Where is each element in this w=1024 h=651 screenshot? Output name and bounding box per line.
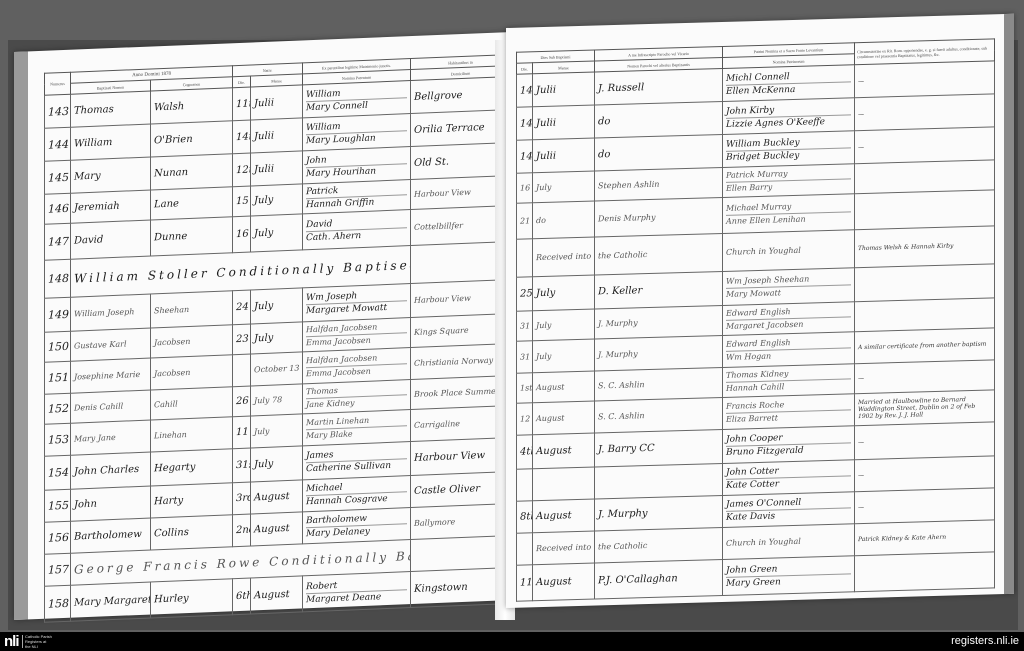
baptism-month: August	[533, 563, 595, 601]
parents: PatrickHannah Griffin	[303, 180, 411, 214]
document-viewer[interactable]: Numerus Anno Domini 1878 Nativ. Ex paren…	[0, 0, 1024, 632]
birth-month: August	[251, 480, 303, 514]
birth-day: 26	[233, 386, 251, 417]
parents: ThomasJane Kidney	[303, 380, 411, 414]
remarks: —	[855, 61, 995, 98]
parents: WilliamMary Loughlan	[303, 114, 411, 151]
birth-month: Julii	[251, 118, 303, 153]
baptism-month: July	[533, 339, 595, 373]
right-register-table: Dies Sub Baptismi A me Infrascripto Paro…	[516, 38, 995, 601]
birth-month: August	[251, 576, 303, 614]
entry-number: 148	[45, 259, 71, 298]
sponsor-2: Hannah Cahill	[726, 379, 851, 394]
remarks: —	[855, 456, 995, 492]
sponsors: James O'ConnellKate Davis	[723, 492, 855, 528]
birth-month: July	[251, 414, 303, 448]
parents: WilliamMary Connell	[303, 81, 411, 118]
birth-day	[233, 354, 251, 387]
entry-number: 157	[45, 553, 71, 586]
baptism-month: July	[533, 171, 595, 203]
sponsors: Edward EnglishMargaret Jacobsen	[723, 302, 855, 336]
birth-month: July	[251, 288, 303, 324]
birth-day: 15	[233, 186, 251, 217]
baptized-name: Josephine Marie	[71, 358, 151, 393]
baptized-name: Gustave Karl	[71, 328, 151, 361]
birth-month: Julii	[251, 151, 303, 186]
priest-name: J. Barry CC	[595, 429, 723, 467]
sponsors: John GreenMary Green	[723, 556, 855, 596]
baptism-day: 1st	[517, 373, 533, 403]
baptism-month: Julii	[533, 105, 595, 140]
sponsors: John CooperBruno Fitzgerald	[723, 426, 855, 464]
sponsors: Michael MurrayAnne Ellen Lenihan	[723, 194, 855, 234]
birth-day: 23	[233, 324, 251, 355]
surname: Hegarty	[151, 449, 233, 486]
parents: Halfdan JacobsenEmma Jacobsen	[303, 348, 411, 384]
parents: Halfdan JacobsenEmma Jacobsen	[303, 318, 411, 352]
baptism-day: 16	[517, 173, 533, 203]
left-page: Numerus Anno Domini 1878 Nativ. Ex paren…	[14, 32, 522, 620]
birth-month: August	[251, 512, 303, 546]
baptism-day: 14	[517, 74, 533, 107]
baptized-name: William	[71, 124, 151, 160]
sponsor-2: Bruno Fitzgerald	[726, 443, 851, 458]
logo-caption: Catholic Parish Registers at the NLI	[25, 634, 52, 649]
sponsor-2: Mary Green	[726, 574, 851, 589]
priest-name: J. Russell	[595, 68, 723, 105]
priest-name: J. Murphy	[595, 335, 723, 371]
remarks: Patrick Kidney & Kate Ahern	[855, 520, 995, 556]
entry-number: 149	[45, 297, 71, 332]
sponsors: Wm Joseph SheehanMary Mowatt	[723, 268, 855, 306]
header-numerus: Numerus	[45, 72, 71, 95]
baptism-day: 8th	[517, 501, 533, 533]
surname: Collins	[151, 515, 233, 550]
left-register-table: Numerus Anno Domini 1878 Nativ. Ex paren…	[44, 54, 511, 623]
surname: Jacobsen	[151, 325, 233, 358]
sponsors: Francis RocheEliza Barrett	[723, 394, 855, 430]
baptism-day: 4th	[517, 435, 533, 469]
birth-month: July 78	[251, 384, 303, 416]
entry-number: 154	[45, 455, 71, 490]
entry-number: 152	[45, 393, 71, 424]
entry-number: 155	[45, 489, 71, 522]
sponsor-2: Kate Davis	[726, 508, 851, 523]
logo-divider	[22, 635, 23, 648]
entry-number: 153	[45, 423, 71, 456]
sponsor-2: Anne Ellen Lenihan	[726, 212, 851, 227]
entry-number: 156	[45, 521, 71, 554]
birth-month: Julii	[251, 85, 303, 120]
birth-day: 11	[233, 416, 251, 449]
surname: Dunne	[151, 217, 233, 256]
remarks	[855, 264, 995, 302]
priest-name: Stephen Ashlin	[595, 167, 723, 201]
baptized-name: Jeremiah	[71, 190, 151, 223]
remarks	[855, 160, 995, 194]
baptism-day	[517, 239, 533, 277]
priest-name: P.J. O'Callaghan	[595, 559, 723, 599]
priest-name: S. C. Ashlin	[595, 397, 723, 433]
baptized-name: Denis Cahill	[71, 390, 151, 423]
sponsor-2: Margaret Jacobsen	[726, 317, 851, 332]
baptism-day: 31	[517, 341, 533, 373]
birth-day: 11th	[233, 87, 251, 121]
sponsor-2: Mary Mowatt	[726, 285, 851, 300]
baptized-name: Thomas	[71, 91, 151, 127]
baptism-month: August	[533, 433, 595, 469]
sponsors: Edward EnglishWm Hogan	[723, 332, 855, 368]
baptism-day	[517, 533, 533, 565]
reception-note-2: the Catholic	[595, 527, 723, 563]
baptism-day: 21	[517, 203, 533, 239]
priest-name: J. Murphy	[595, 495, 723, 531]
remarks: A similar certificate from another bapti…	[855, 328, 995, 364]
baptism-month: Julii	[533, 138, 595, 173]
parents: RobertMargaret Deane	[303, 572, 411, 612]
birth-day: 24	[233, 290, 251, 325]
sponsors: John KirbyLizzie Agnes O'Keeffe	[723, 98, 855, 135]
parents: Martin LinehanMary Blake	[303, 410, 411, 446]
baptized-name: Mary Jane	[71, 420, 151, 455]
birth-day: 6th	[233, 578, 251, 615]
parents: JamesCatherine Sullivan	[303, 442, 411, 480]
baptism-day: 12	[517, 403, 533, 435]
entry-number: 147	[45, 223, 71, 260]
logo-caption-line: the NLI	[25, 644, 52, 649]
surname: Sheehan	[151, 291, 233, 328]
baptism-month: August	[533, 401, 595, 435]
sponsors: Michl ConnellEllen McKenna	[723, 65, 855, 102]
priest-name: Denis Murphy	[595, 197, 723, 237]
baptism-day: 14	[517, 140, 533, 173]
baptized-name: David	[71, 220, 151, 259]
surname: Linehan	[151, 417, 233, 452]
priest-name	[595, 463, 723, 499]
site-link[interactable]: registers.nli.ie	[951, 635, 1019, 647]
baptized-name: Mary Margaret	[71, 582, 151, 621]
parents: BartholomewMary Delaney	[303, 508, 411, 544]
remarks	[855, 552, 995, 592]
baptism-day: 11	[517, 565, 533, 601]
parents: Wm JosephMargaret Mowatt	[303, 284, 411, 322]
reception-note-3: Church in Youghal	[723, 230, 855, 272]
baptism-day: 14	[517, 107, 533, 140]
remarks	[855, 190, 995, 230]
reception-note-2: the Catholic	[595, 233, 723, 275]
surname: Cahill	[151, 387, 233, 420]
baptism-day: 25	[517, 277, 533, 311]
baptism-month: August	[533, 499, 595, 533]
priest-name: do	[595, 134, 723, 171]
sponsors: John CotterKate Cotter	[723, 460, 855, 496]
entry-number: 151	[45, 361, 71, 394]
surname: Lane	[151, 187, 233, 220]
birth-day: 14th	[233, 120, 251, 154]
remarks: —	[855, 94, 995, 131]
surname: O'Brien	[151, 121, 233, 157]
baptism-day	[517, 469, 533, 501]
baptism-month: do	[533, 201, 595, 239]
remarks: —	[855, 127, 995, 164]
surname: Hurley	[151, 579, 233, 618]
sponsor-2: Lizzie Agnes O'Keeffe	[726, 115, 851, 130]
baptism-day: 31	[517, 311, 533, 341]
baptism-month: Julii	[533, 72, 595, 107]
reception-note-3: Church in Youghal	[723, 524, 855, 560]
baptized-name: Bartholomew	[71, 518, 151, 553]
birth-month: October 13 1875	[251, 352, 303, 386]
header-die: Die.	[517, 63, 533, 74]
birth-day: 16	[233, 216, 251, 253]
parents: MichaelHannah Cosgrave	[303, 476, 411, 512]
entry-number: 145	[45, 160, 71, 194]
priest-name: D. Keller	[595, 271, 723, 309]
sponsor-2: Ellen Barry	[726, 179, 851, 194]
priest-name: S. C. Ashlin	[595, 367, 723, 401]
baptized-name: John	[71, 486, 151, 521]
entry-number: 143	[45, 94, 71, 128]
birth-day: 12th	[233, 153, 251, 187]
birth-day: 2nd	[233, 514, 251, 547]
remarks: —	[855, 360, 995, 394]
priest-name: do	[595, 101, 723, 138]
entry-number: 144	[45, 127, 71, 161]
baptism-month: July	[533, 275, 595, 311]
nli-logo[interactable]: nli	[4, 633, 19, 650]
sponsor-2: Eliza Barrett	[726, 410, 851, 425]
baptized-name: John Charles	[71, 452, 151, 489]
birth-month: July	[251, 322, 303, 354]
footer-bar: nli Catholic Parish Registers at the NLI…	[0, 632, 1024, 651]
sponsor-2: Ellen McKenna	[726, 82, 851, 97]
parents: JohnMary Hourihan	[303, 147, 411, 184]
birth-day: 31st	[233, 448, 251, 483]
birth-day: 3rd	[233, 482, 251, 515]
sponsor-2: Wm Hogan	[726, 348, 851, 363]
right-page: Dies Sub Baptismi A me Infrascripto Paro…	[506, 14, 1014, 608]
remarks: Thomas Welsh & Hannah Kirby	[855, 226, 995, 268]
remarks: —	[855, 488, 995, 524]
sponsor-2: Kate Cotter	[726, 476, 851, 491]
parents: DavidCath. Ahern	[303, 210, 411, 250]
surname: Harty	[151, 483, 233, 518]
remarks: Married at Haulbowline to Bernard Waddin…	[855, 390, 995, 426]
surname: Nunan	[151, 154, 233, 190]
baptism-month	[533, 467, 595, 501]
surname: Walsh	[151, 88, 233, 124]
baptism-month: July	[533, 309, 595, 341]
entry-number: 158	[45, 585, 71, 622]
reception-note-1: Received into	[533, 531, 595, 565]
baptism-month: August	[533, 371, 595, 403]
birth-month: July	[251, 214, 303, 252]
entry-number: 150	[45, 331, 71, 362]
birth-month: July	[251, 184, 303, 216]
baptized-name: William Joseph	[71, 294, 151, 331]
sponsor-2: Bridget Buckley	[726, 148, 851, 163]
sponsors: Patrick MurrayEllen Barry	[723, 164, 855, 198]
remarks: —	[855, 422, 995, 460]
entry-number: 146	[45, 193, 71, 224]
baptized-name: Mary	[71, 157, 151, 193]
remarks	[855, 298, 995, 332]
header-dies: Die.	[233, 76, 251, 88]
sponsors: William BuckleyBridget Buckley	[723, 131, 855, 168]
reception-note-1: Received into	[533, 237, 595, 277]
birth-month: July	[251, 446, 303, 482]
priest-name: J. Murphy	[595, 305, 723, 339]
surname: Jacobsen	[151, 355, 233, 390]
sponsors: Thomas KidneyHannah Cahill	[723, 364, 855, 398]
